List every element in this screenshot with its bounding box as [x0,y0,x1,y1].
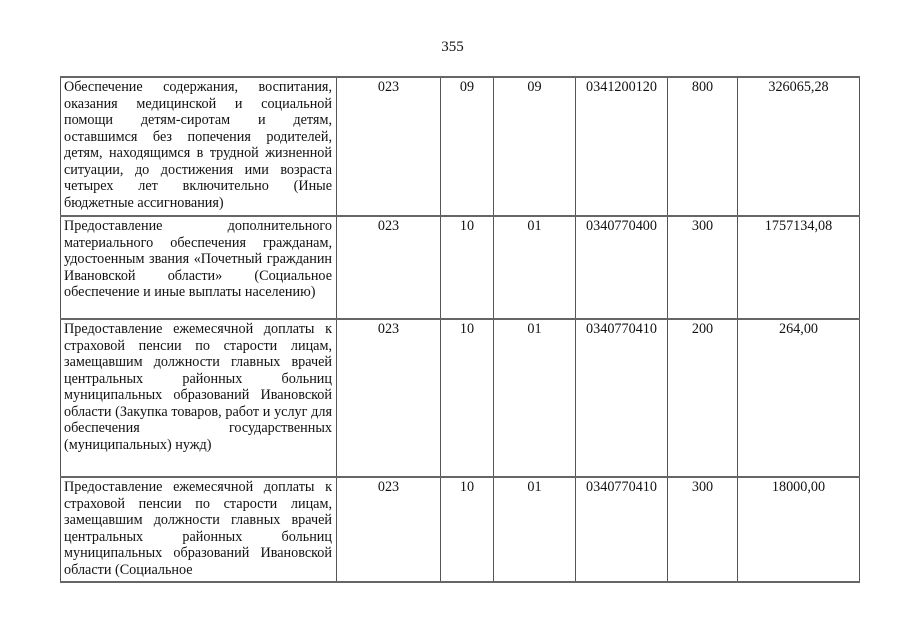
row-ministry-code: 023 [337,77,441,216]
row-target-article: 0340770410 [576,477,668,582]
row-target-article: 0341200120 [576,77,668,216]
table-row: Обеспечение содержания, воспитания, оказ… [61,77,860,216]
row-section-code: 09 [441,77,494,216]
row-ministry-code: 023 [337,216,441,319]
row-target-article: 0340770400 [576,216,668,319]
row-description: Предоставление ежемесячной доплаты к стр… [61,477,337,582]
row-subsection-code: 01 [494,319,576,477]
row-subsection-code: 01 [494,477,576,582]
row-expense-type: 300 [668,216,738,319]
row-section-code: 10 [441,477,494,582]
row-target-article: 0340770410 [576,319,668,477]
row-description: Предоставление ежемесячной доплаты к стр… [61,319,337,477]
row-description: Обеспечение содержания, воспитания, оказ… [61,77,337,216]
budget-table: Обеспечение содержания, воспитания, оказ… [60,76,860,583]
row-amount: 18000,00 [738,477,860,582]
row-expense-type: 300 [668,477,738,582]
row-section-code: 10 [441,319,494,477]
table-row: Предоставление дополнительного материаль… [61,216,860,319]
row-expense-type: 800 [668,77,738,216]
row-ministry-code: 023 [337,477,441,582]
row-expense-type: 200 [668,319,738,477]
row-subsection-code: 09 [494,77,576,216]
row-ministry-code: 023 [337,319,441,477]
table-row: Предоставление ежемесячной доплаты к стр… [61,319,860,477]
row-subsection-code: 01 [494,216,576,319]
row-amount: 1757134,08 [738,216,860,319]
row-description: Предоставление дополнительного материаль… [61,216,337,319]
row-section-code: 10 [441,216,494,319]
page-number: 355 [0,38,905,56]
row-amount: 326065,28 [738,77,860,216]
table-row: Предоставление ежемесячной доплаты к стр… [61,477,860,582]
row-amount: 264,00 [738,319,860,477]
